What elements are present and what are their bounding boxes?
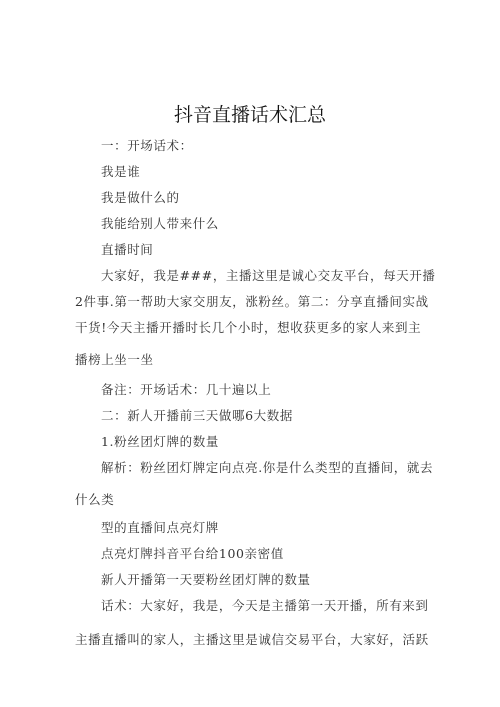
paragraph-line: 大家好，我是###，主播这里是诚心交友平台，每天开播 (101, 266, 436, 284)
list-item: 我是谁 (101, 162, 140, 180)
subheading: 1.粉丝团灯牌的数量 (101, 432, 219, 450)
paragraph-line: 2件事.第一帮助大家交朋友，涨粉丝。第二：分享直播间实战 (75, 292, 429, 310)
paragraph-line: 主播直播叫的家人，主播这里是诚信交易平台，大家好，活跃 (75, 630, 429, 648)
section-heading-opening: 一：开场话术： (101, 136, 193, 154)
section-heading-new-streamer: 二：新人开播前三天做哪6大数据 (101, 406, 293, 424)
list-item: 我能给别人带来什么 (101, 214, 219, 232)
paragraph-line: 干货!今天主播开播时长几个小时，想收获更多的家人来到主 (75, 318, 421, 336)
paragraph-line: 话术：大家好，我是，今天是主播第一天开播，所有来到 (101, 596, 429, 614)
paragraph-line: 什么类 (75, 490, 114, 508)
paragraph-line: 新人开播第一天要粉丝团灯牌的数量 (101, 570, 311, 588)
paragraph-line: 解析：粉丝团灯牌定向点亮.你是什么类型的直播间，就去 (101, 458, 433, 476)
list-item: 我是做什么的 (101, 188, 180, 206)
list-item: 直播时间 (101, 240, 153, 258)
paragraph-line: 型的直播间点亮灯牌 (101, 518, 219, 536)
note-line: 备注：开场话术：几十遍以上 (101, 380, 271, 398)
paragraph-line: 点亮灯牌抖音平台给100亲密值 (101, 544, 284, 562)
document-title: 抖音直播话术汇总 (0, 100, 500, 127)
paragraph-line: 播榜上坐一坐 (75, 350, 154, 368)
